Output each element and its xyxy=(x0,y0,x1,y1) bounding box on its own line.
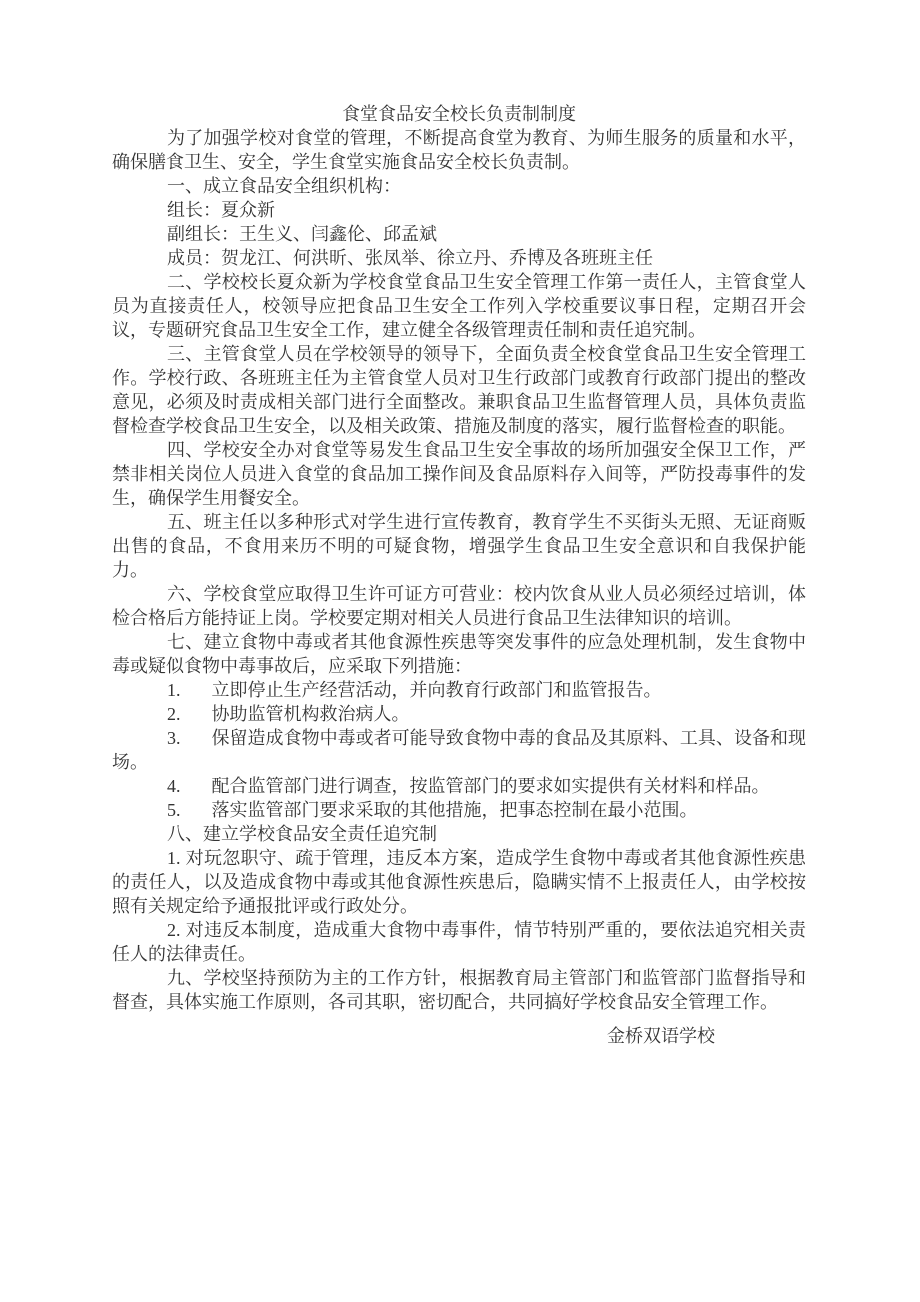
section-5-paragraph: 五、班主任以多种形式对学生进行宣传教育，教育学生不买街头无照、无证商贩出售的食品… xyxy=(112,510,806,582)
item-text: 配合监管部门进行调查，按监管部门的要求如实提供有关材料和样品。 xyxy=(212,776,770,796)
item-number: 2. xyxy=(167,920,181,940)
section-4-paragraph: 四、学校安全办对食堂等易发生食品卫生安全事故的场所加强安全保卫工作，严禁非相关岗… xyxy=(112,438,806,510)
emergency-measure-item-2: 2.协助监管机构救治病人。 xyxy=(112,702,806,726)
item-text: 对玩忽职守、疏于管理，违反本方案，造成学生食物中毒或者其他食源性疾患的责任人，以… xyxy=(112,848,806,916)
item-number: 1. xyxy=(167,680,181,700)
item-number: 5. xyxy=(167,800,181,820)
accountability-item-2: 2.对违反本制度，造成重大食物中毒事件，情节特别严重的，要依法追究相关责任人的法… xyxy=(112,918,806,966)
signature-school-name: 金桥双语学校 xyxy=(112,1024,806,1048)
accountability-item-1: 1.对玩忽职守、疏于管理，违反本方案，造成学生食物中毒或者其他食源性疾患的责任人… xyxy=(112,846,806,918)
item-text: 落实监管部门要求采取的其他措施，把事态控制在最小范围。 xyxy=(212,800,698,820)
item-text: 对违反本制度，造成重大食物中毒事件，情节特别严重的，要依法追究相关责任人的法律责… xyxy=(112,920,806,964)
section-8-heading: 八、建立学校食品安全责任追究制 xyxy=(112,822,806,846)
item-text: 保留造成食物中毒或者可能导致食物中毒的食品及其原料、工具、设备和现场。 xyxy=(112,728,806,772)
intro-paragraph: 为了加强学校对食堂的管理，不断提高食堂为教育、为师生服务的质量和水平，确保膳食卫… xyxy=(112,126,806,174)
document-body: 食堂食品安全校长负责制制度 为了加强学校对食堂的管理，不断提高食堂为教育、为师生… xyxy=(0,0,920,1302)
item-number: 2. xyxy=(167,704,181,724)
document-title: 食堂食品安全校长负责制制度 xyxy=(112,102,806,126)
item-number: 1. xyxy=(167,848,181,868)
deputy-leader-line: 副组长：王生义、闫鑫伦、邱孟斌 xyxy=(112,222,806,246)
item-number: 3. xyxy=(167,728,181,748)
section-1-heading: 一、成立食品安全组织机构： xyxy=(112,174,806,198)
item-text: 协助监管机构救治病人。 xyxy=(212,704,410,724)
item-text: 立即停止生产经营活动，并向教育行政部门和监管报告。 xyxy=(212,680,662,700)
emergency-measure-item-1: 1.立即停止生产经营活动，并向教育行政部门和监管报告。 xyxy=(112,678,806,702)
emergency-measure-item-4: 4.配合监管部门进行调查，按监管部门的要求如实提供有关材料和样品。 xyxy=(112,774,806,798)
members-line: 成员：贺龙江、何洪昕、张凤举、徐立丹、乔博及各班班主任 xyxy=(112,246,806,270)
item-number: 4. xyxy=(167,776,181,796)
emergency-measure-item-3: 3.保留造成食物中毒或者可能导致食物中毒的食品及其原料、工具、设备和现场。 xyxy=(112,726,806,774)
group-leader-line: 组长：夏众新 xyxy=(112,198,806,222)
section-9-paragraph: 九、学校坚持预防为主的工作方针，根据教育局主管部门和监管部门监督指导和督查，具体… xyxy=(112,966,806,1014)
section-6-paragraph: 六、学校食堂应取得卫生许可证方可营业：校内饮食从业人员必须经过培训，体检合格后方… xyxy=(112,582,806,630)
emergency-measure-item-5: 5.落实监管部门要求采取的其他措施，把事态控制在最小范围。 xyxy=(112,798,806,822)
document-page: 食堂食品安全校长负责制制度 为了加强学校对食堂的管理，不断提高食堂为教育、为师生… xyxy=(0,0,920,1302)
section-3-paragraph: 三、主管食堂人员在学校领导的领导下，全面负责全校食堂食品卫生安全管理工作。学校行… xyxy=(112,342,806,438)
section-2-paragraph: 二、学校校长夏众新为学校食堂食品卫生安全管理工作第一责任人，主管食堂人员为直接责… xyxy=(112,270,806,342)
section-7-paragraph: 七、建立食物中毒或者其他食源性疾患等突发事件的应急处理机制，发生食物中毒或疑似食… xyxy=(112,630,806,678)
